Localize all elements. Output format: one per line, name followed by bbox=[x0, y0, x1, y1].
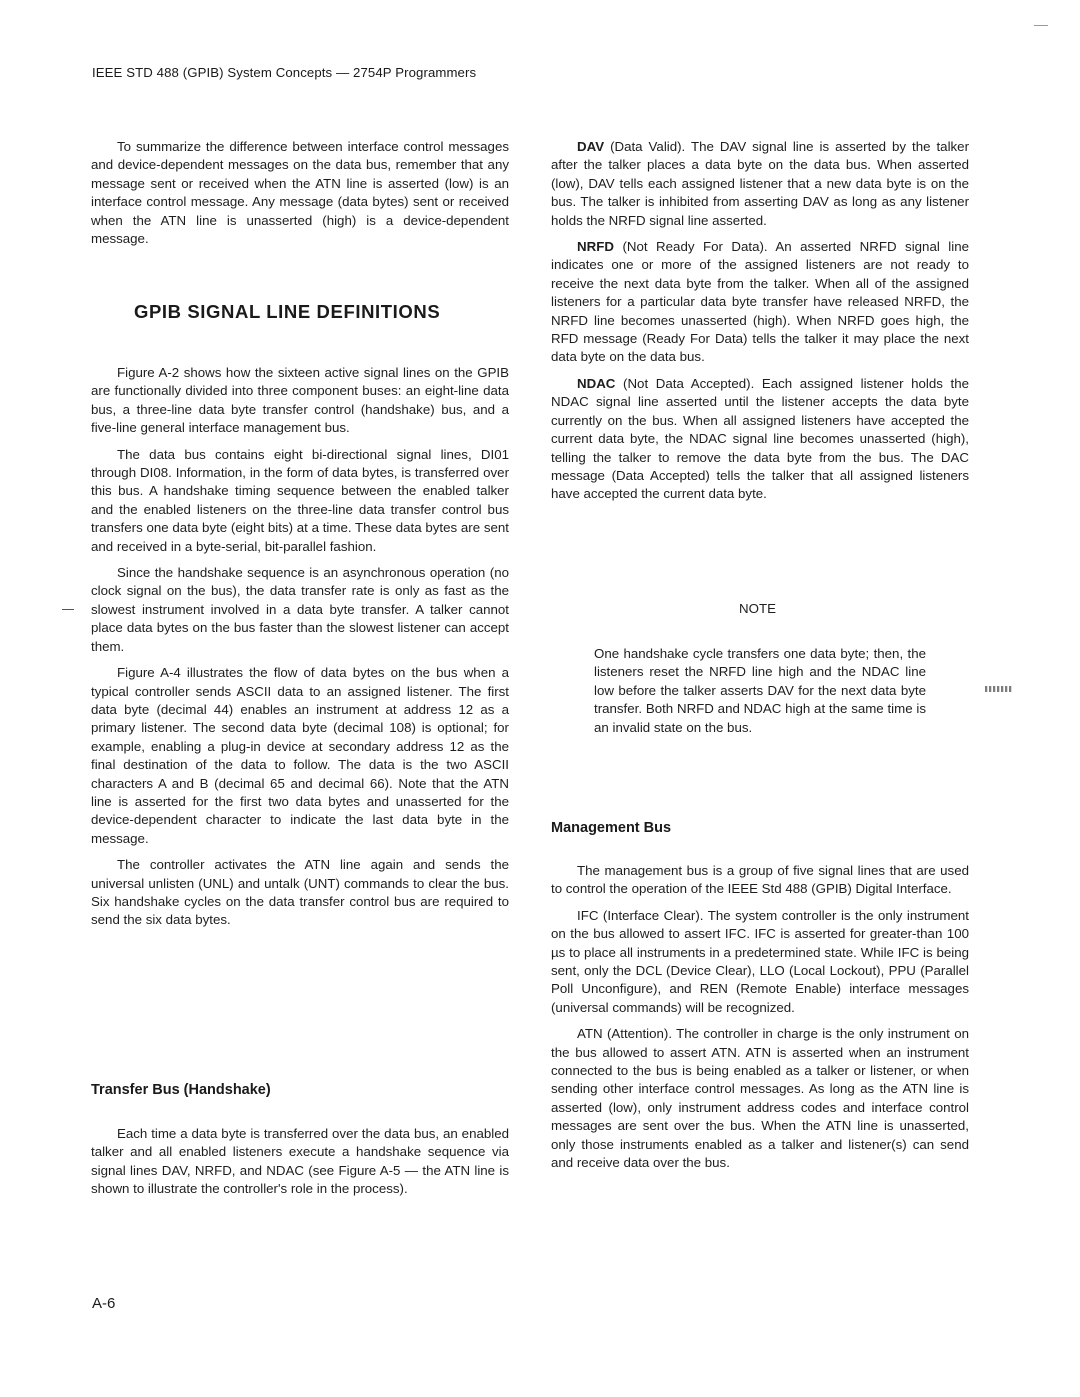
definition-dav: DAV (Data Valid). The DAV signal line is… bbox=[551, 138, 969, 230]
paragraph: Since the handshake sequence is an async… bbox=[91, 564, 509, 656]
management-bus-heading: Management Bus bbox=[551, 820, 671, 836]
section-title: GPIB SIGNAL LINE DEFINITIONS bbox=[134, 301, 440, 323]
paragraph: Figure A-2 shows how the sixteen active … bbox=[91, 364, 509, 438]
margin-mark bbox=[62, 609, 74, 610]
transfer-bus-heading: Transfer Bus (Handshake) bbox=[91, 1082, 271, 1098]
note-label: NOTE bbox=[739, 601, 776, 616]
right-column: DAV (Data Valid). The DAV signal line is… bbox=[551, 138, 969, 512]
paragraph: Each time a data byte is transferred ove… bbox=[91, 1125, 509, 1199]
definition-nrfd: NRFD (Not Ready For Data). An asserted N… bbox=[551, 238, 969, 367]
term: DAV bbox=[577, 139, 604, 154]
term: NDAC bbox=[577, 376, 615, 391]
left-column-body: Figure A-2 shows how the sixteen active … bbox=[91, 364, 509, 938]
paragraph: The controller activates the ATN line ag… bbox=[91, 856, 509, 930]
definition-ndac: NDAC (Not Data Accepted). Each assigned … bbox=[551, 375, 969, 504]
definition-text: (Interface Clear). The system controller… bbox=[551, 908, 969, 1015]
term: NRFD bbox=[577, 239, 614, 254]
term: ATN bbox=[577, 1026, 603, 1041]
paragraph: Figure A-4 illustrates the flow of data … bbox=[91, 664, 509, 848]
definition-text: (Not Ready For Data). An asserted NRFD s… bbox=[551, 239, 969, 364]
scan-artifact bbox=[985, 686, 1013, 692]
paragraph: The data bus contains eight bi-direction… bbox=[91, 446, 509, 556]
intro-paragraph: To summarize the difference between inte… bbox=[91, 138, 509, 248]
definition-text: (Not Data Accepted). Each assigned liste… bbox=[551, 376, 969, 501]
definition-ifc: IFC (Interface Clear). The system contro… bbox=[551, 907, 969, 1017]
running-head: IEEE STD 488 (GPIB) System Concepts — 27… bbox=[92, 65, 476, 80]
definition-atn: ATN (Attention). The controller in charg… bbox=[551, 1025, 969, 1172]
left-column: To summarize the difference between inte… bbox=[91, 138, 509, 256]
note-body: One handshake cycle transfers one data b… bbox=[594, 645, 926, 737]
definition-text: (Data Valid). The DAV signal line is ass… bbox=[551, 139, 969, 228]
transfer-bus-body: Each time a data byte is transferred ove… bbox=[91, 1125, 509, 1207]
scan-mark bbox=[1034, 25, 1048, 26]
management-bus-body: The management bus is a group of five si… bbox=[551, 862, 969, 1181]
definition-text: (Attention). The controller in charge is… bbox=[551, 1026, 969, 1170]
page-number: A-6 bbox=[92, 1295, 115, 1312]
term: IFC bbox=[577, 908, 598, 923]
management-intro: The management bus is a group of five si… bbox=[551, 862, 969, 899]
